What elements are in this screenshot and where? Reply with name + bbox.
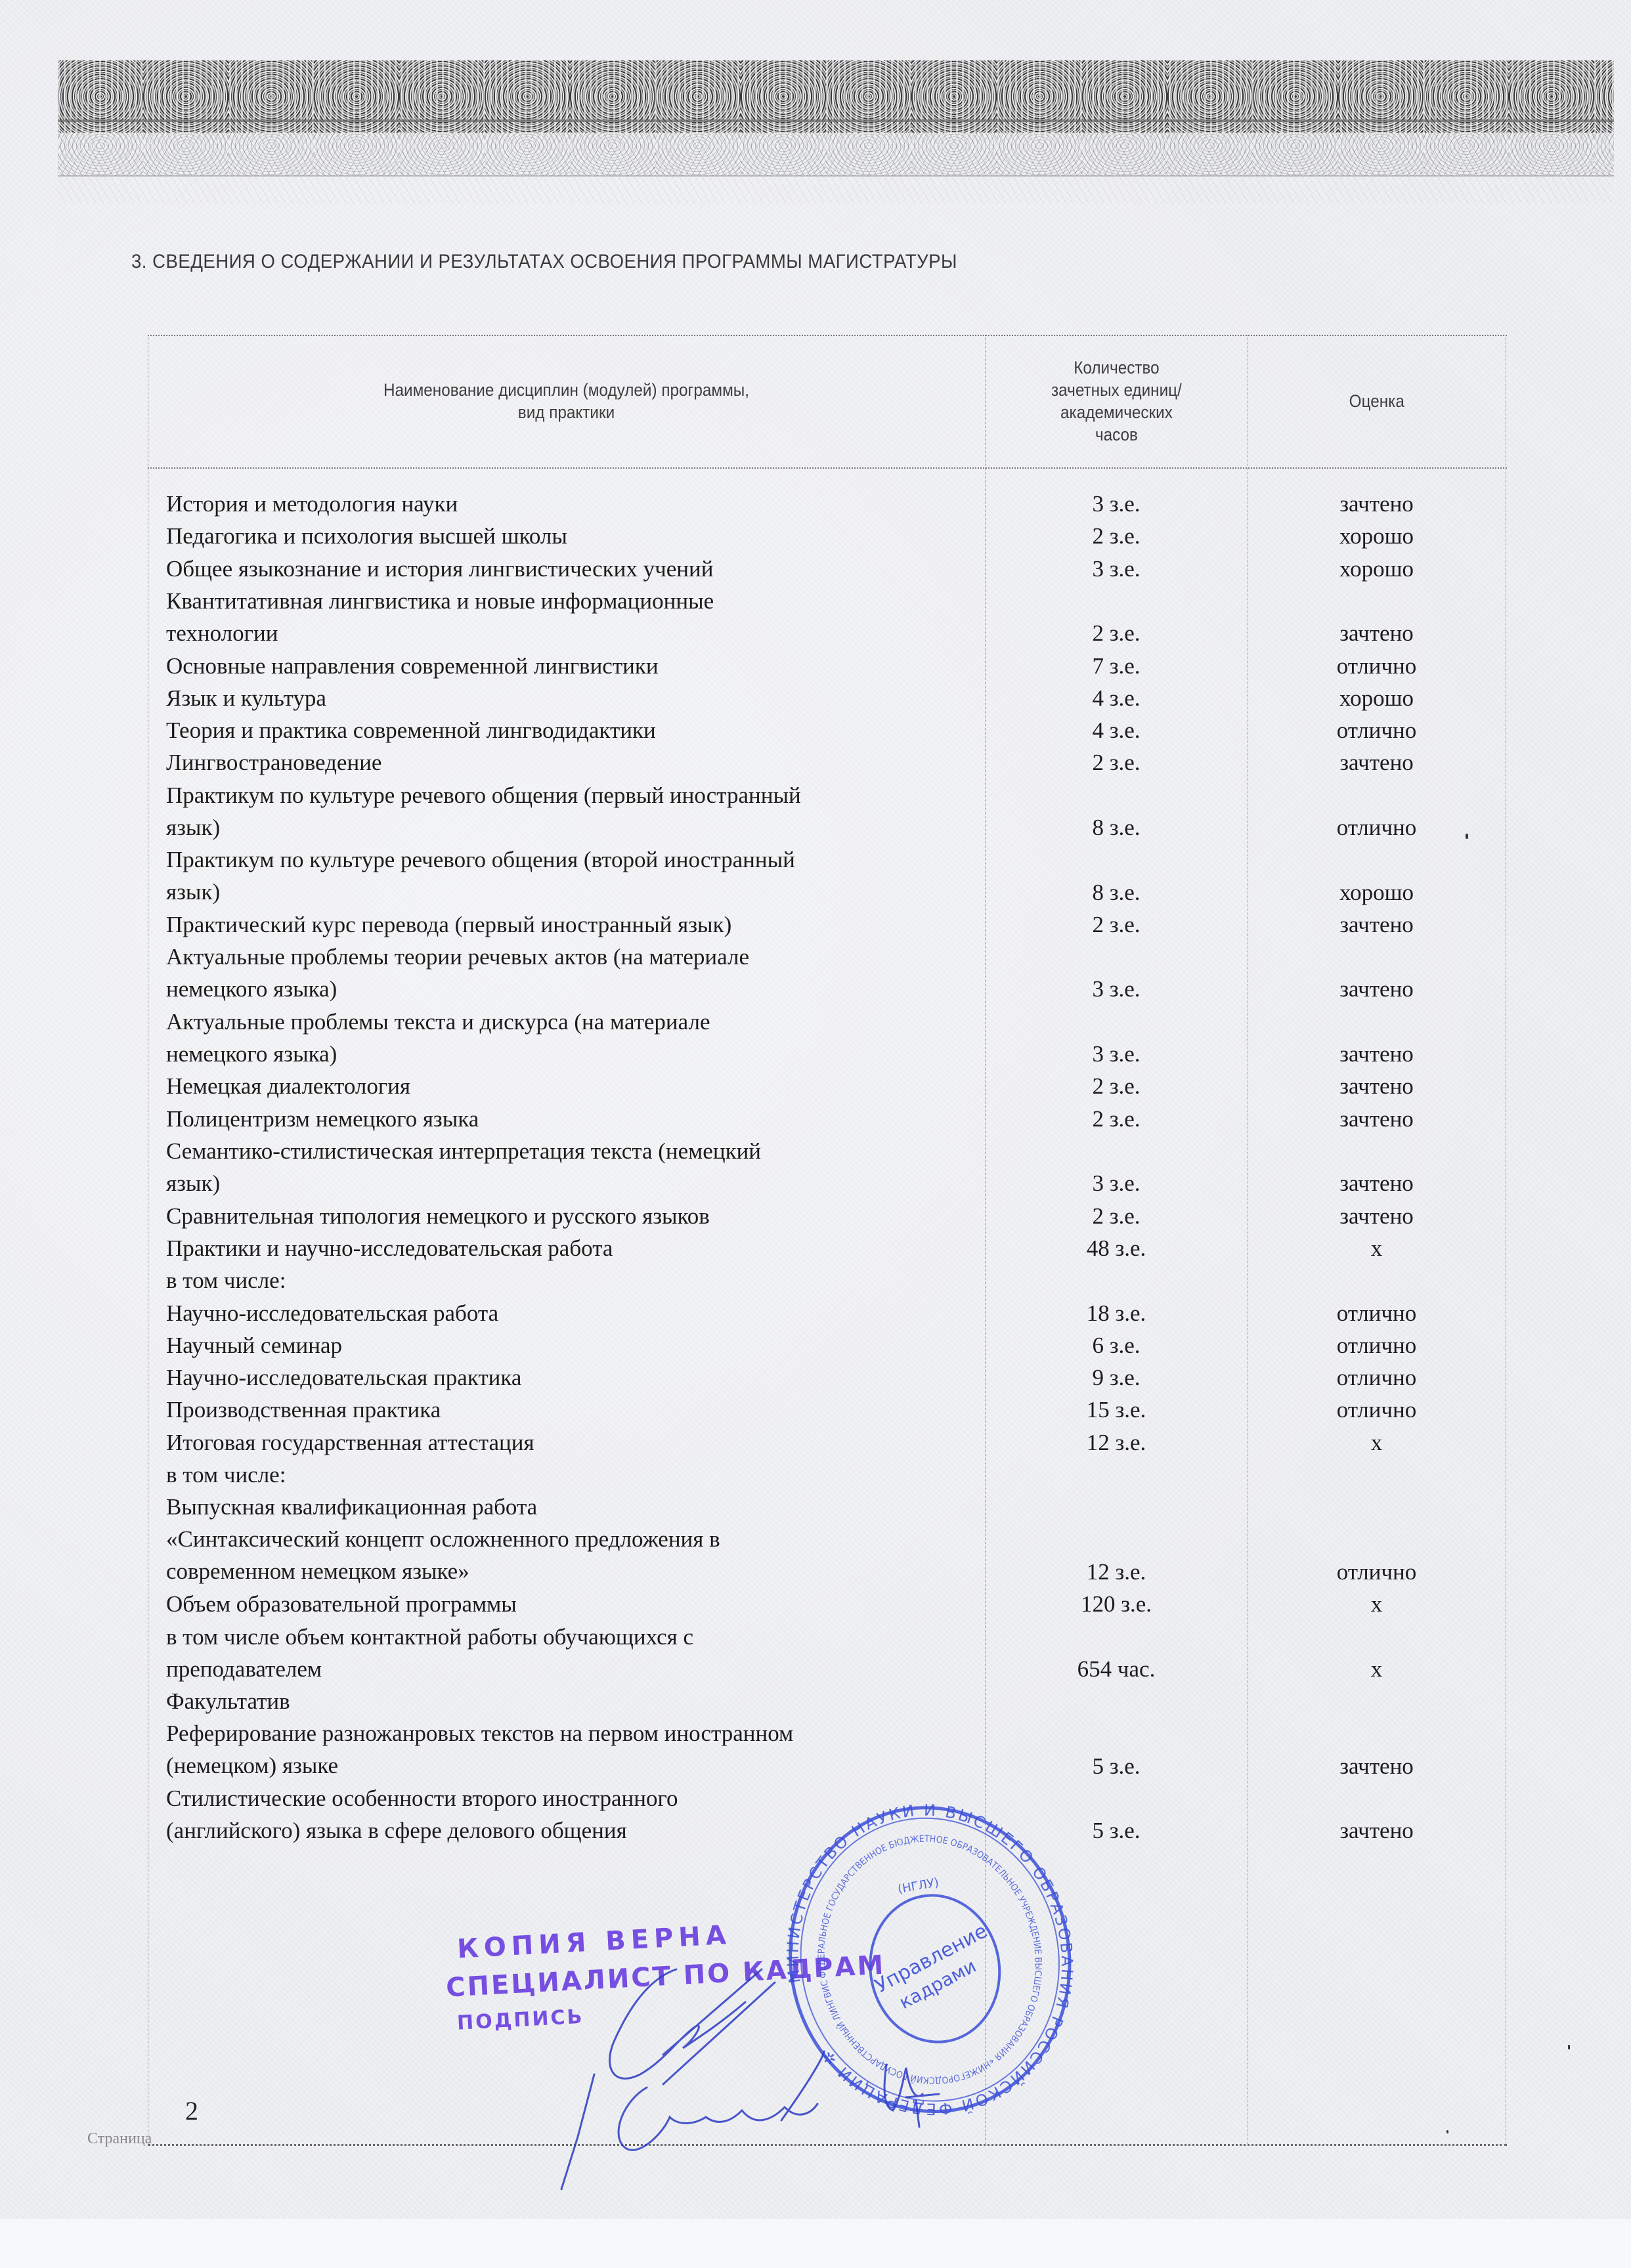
discipline-name: Практикум по культуре речевого общения (… xyxy=(166,779,980,844)
grade-value: х xyxy=(1248,1232,1506,1264)
grade-value: зачтено xyxy=(1248,1814,1506,1847)
grade-value: х xyxy=(1248,1426,1506,1459)
credits-value: 18 з.е. xyxy=(985,1297,1248,1329)
grade-value: отлично xyxy=(1248,1556,1506,1588)
discipline-name: Практики и научно-исследовательская рабо… xyxy=(166,1232,980,1264)
grade-value: отлично xyxy=(1248,714,1506,746)
credits-value: 3 з.е. xyxy=(985,553,1248,585)
grade-value: зачтено xyxy=(1248,617,1506,649)
credits-value: 2 з.е. xyxy=(985,746,1248,779)
grade-value: хорошо xyxy=(1248,682,1506,714)
credits-value: 3 з.е. xyxy=(985,1038,1248,1070)
ornament-fade xyxy=(58,177,1614,203)
grade-value: зачтено xyxy=(1248,1070,1506,1102)
discipline-name: Научно-исследовательская работа xyxy=(166,1297,980,1329)
credits-value: 3 з.е. xyxy=(985,973,1248,1005)
credits-value: 3 з.е. xyxy=(985,488,1248,520)
grade-value: зачтено xyxy=(1248,1750,1506,1782)
stamp-line-3: ПОДПИСЬ xyxy=(456,2005,584,2035)
grade-value: зачтено xyxy=(1248,1200,1506,1232)
discipline-name: Актуальные проблемы текста и дискурса (н… xyxy=(166,1006,980,1070)
discipline-name: Теория и практика современной лингводида… xyxy=(166,714,980,746)
grade-value: зачтено xyxy=(1248,973,1506,1005)
seal-icon: МИНИСТЕРСТВО НАУКИ И ВЫСШЕГО ОБРАЗОВАНИЯ… xyxy=(787,1802,1076,2130)
credits-value: 8 з.е. xyxy=(985,876,1248,909)
grade-value: зачтено xyxy=(1248,488,1506,520)
discipline-name: Выпускная квалификационная работа «Синта… xyxy=(166,1491,980,1587)
table-header-border xyxy=(148,467,1507,469)
grade-value: хорошо xyxy=(1248,876,1506,909)
discipline-name: в том числе: xyxy=(166,1264,980,1296)
grade-value: отлично xyxy=(1248,1394,1506,1426)
discipline-name: Лингвострановедение xyxy=(166,746,980,779)
discipline-name: Сравнительная типология немецкого и русс… xyxy=(166,1200,980,1232)
header-credits-text: Количество зачетных единиц/ академически… xyxy=(1051,356,1182,446)
discipline-name: Объем образовательной программы xyxy=(166,1588,980,1620)
grade-value: зачтено xyxy=(1248,1038,1506,1070)
discipline-name: Итоговая государственная аттестация xyxy=(166,1426,980,1459)
credits-value: 2 з.е. xyxy=(985,1103,1248,1135)
credits-value: 48 з.е. xyxy=(985,1232,1248,1264)
credits-value: 2 з.е. xyxy=(985,520,1248,552)
discipline-name: История и методология науки xyxy=(166,488,980,520)
header-grade-text: Оценка xyxy=(1349,390,1404,412)
grade-value: х xyxy=(1248,1653,1506,1685)
credits-value: 9 з.е. xyxy=(985,1361,1248,1394)
university-seal: МИНИСТЕРСТВО НАУКИ И ВЫСШЕГО ОБРАЗОВАНИЯ… xyxy=(787,1802,1076,2130)
header-grade: Оценка xyxy=(1248,335,1506,467)
credits-value: 5 з.е. xyxy=(985,1750,1248,1782)
header-discipline-name-text: Наименование дисциплин (модулей) програм… xyxy=(383,379,749,423)
grade-value: зачтено xyxy=(1248,1167,1506,1199)
discipline-name: Практический курс перевода (первый иност… xyxy=(166,909,980,941)
credits-value: 6 з.е. xyxy=(985,1329,1248,1361)
grade-value: зачтено xyxy=(1248,909,1506,941)
ink-speck xyxy=(1568,2045,1570,2049)
credits-value: 4 з.е. xyxy=(985,714,1248,746)
discipline-name: Общее языкознание и история лингвистичес… xyxy=(166,553,980,585)
discipline-name: Полицентризм немецкого языка xyxy=(166,1103,980,1135)
discipline-name: Реферирование разножанровых текстов на п… xyxy=(166,1717,980,1782)
discipline-name: Семантико-стилистическая интерпретация т… xyxy=(166,1135,980,1199)
grade-value: хорошо xyxy=(1248,520,1506,552)
credits-value: 3 з.е. xyxy=(985,1167,1248,1199)
discipline-name: Актуальные проблемы теории речевых актов… xyxy=(166,941,980,1005)
table-bottom-border xyxy=(148,2144,1507,2146)
discipline-name: Квантитативная лингвистика и новые инфор… xyxy=(166,585,980,649)
discipline-name: Факультатив xyxy=(166,1685,980,1717)
credits-value: 15 з.е. xyxy=(985,1394,1248,1426)
svg-text:(НГЛУ): (НГЛУ) xyxy=(897,1875,940,1896)
grade-value: х xyxy=(1248,1588,1506,1620)
discipline-name: в том числе: xyxy=(166,1459,980,1491)
section-title: 3. СВЕДЕНИЯ О СОДЕРЖАНИИ И РЕЗУЛЬТАТАХ О… xyxy=(131,251,957,273)
ornament-lower-rule xyxy=(58,175,1614,177)
guilloche-ornament-lower xyxy=(58,133,1614,176)
credits-value: 8 з.е. xyxy=(985,811,1248,844)
credits-value: 2 з.е. xyxy=(985,909,1248,941)
credits-value: 2 з.е. xyxy=(985,1200,1248,1232)
grade-value: зачтено xyxy=(1248,1103,1506,1135)
scan-margin xyxy=(0,2219,1631,2268)
header-credits: Количество зачетных единиц/ академически… xyxy=(985,335,1248,467)
grade-value: отлично xyxy=(1248,650,1506,682)
page-number: 2 xyxy=(185,2095,198,2126)
grade-value: отлично xyxy=(1248,1297,1506,1329)
header-discipline-name: Наименование дисциплин (модулей) програм… xyxy=(148,335,985,467)
discipline-name: Практикум по культуре речевого общения (… xyxy=(166,844,980,908)
grade-value: хорошо xyxy=(1248,553,1506,585)
credits-value: 654 час. xyxy=(985,1653,1248,1685)
credits-value: 4 з.е. xyxy=(985,682,1248,714)
table-right-border xyxy=(1506,335,1506,2145)
page-label: Страница xyxy=(87,2130,152,2148)
table-left-border xyxy=(148,335,148,2145)
credits-value: 12 з.е. xyxy=(985,1426,1248,1459)
discipline-name: Производственная практика xyxy=(166,1394,980,1426)
grade-value: отлично xyxy=(1248,1329,1506,1361)
credits-value: 12 з.е. xyxy=(985,1556,1248,1588)
ink-speck xyxy=(1466,834,1468,839)
discipline-name: Научный семинар xyxy=(166,1329,980,1361)
ornament-rule xyxy=(58,119,1614,122)
discipline-name: Основные направления современной лингвис… xyxy=(166,650,980,682)
grade-value: отлично xyxy=(1248,1361,1506,1394)
discipline-name: в том числе объем контактной работы обуч… xyxy=(166,1621,980,1685)
certification-stamp: КОПИЯ ВЕРНА СПЕЦИАЛИСТ ПО КАДРАМ ПОДПИСЬ xyxy=(443,1919,765,2066)
discipline-name: Немецкая диалектология xyxy=(166,1070,980,1102)
grade-value: зачтено xyxy=(1248,746,1506,779)
discipline-name: Педагогика и психология высшей школы xyxy=(166,520,980,552)
ink-speck xyxy=(1446,2130,1448,2133)
credits-value: 2 з.е. xyxy=(985,617,1248,649)
discipline-name: Научно-исследовательская практика xyxy=(166,1361,980,1394)
discipline-name: Язык и культура xyxy=(166,682,980,714)
credits-value: 7 з.е. xyxy=(985,650,1248,682)
credits-value: 2 з.е. xyxy=(985,1070,1248,1102)
credits-value: 120 з.е. xyxy=(985,1588,1248,1620)
